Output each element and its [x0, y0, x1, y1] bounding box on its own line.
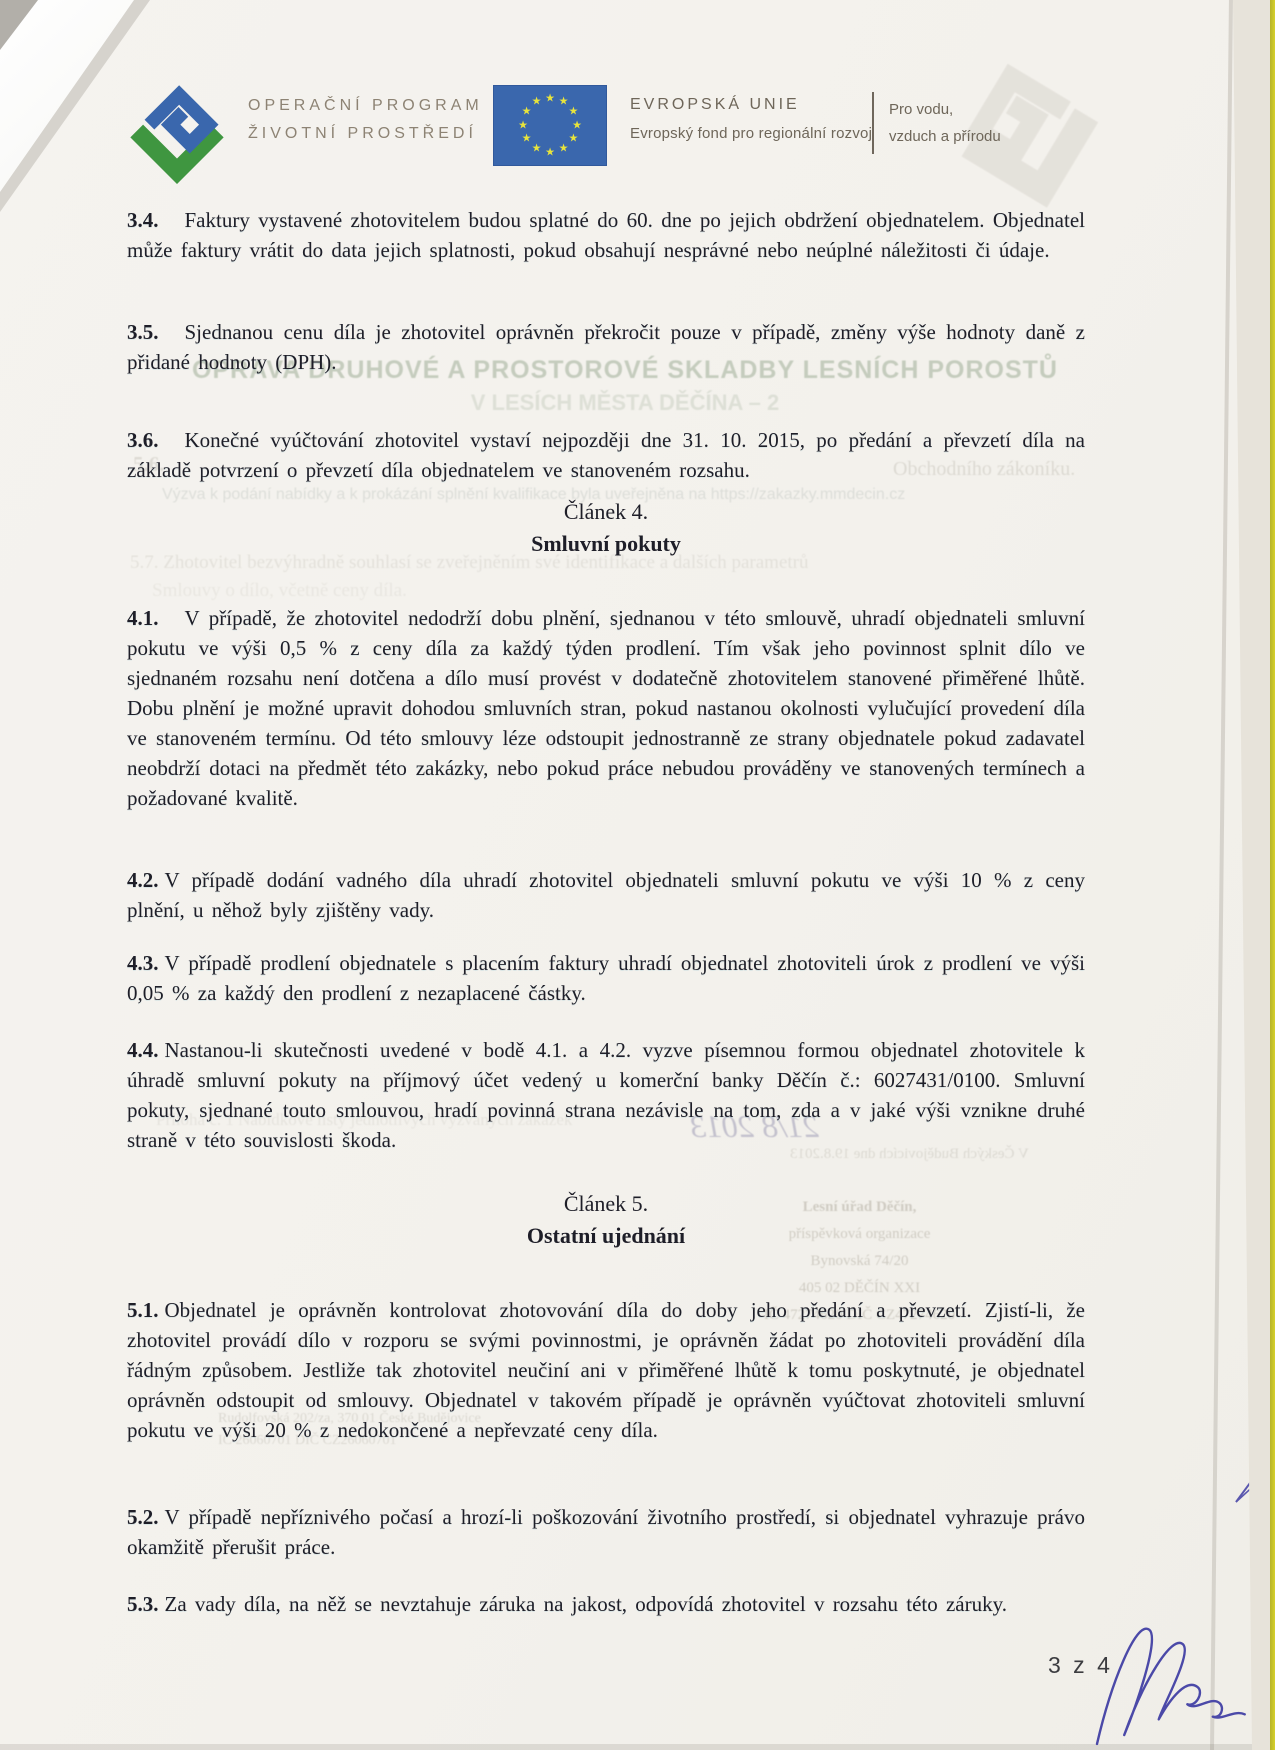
header-divider — [872, 92, 874, 154]
clause-number: 5.1. — [127, 1298, 159, 1322]
clause-text: Nastanou-li skutečnosti uvedené v bodě 4… — [127, 1038, 1085, 1152]
article-4-heading: Článek 4. Smluvní pokuty — [127, 496, 1085, 560]
clause-text: Faktury vystavené zhotovitelem budou spl… — [127, 208, 1085, 262]
eu-star-icon: ★ — [532, 97, 542, 108]
paragraph-4-4: 4.4.Nastanou-li skutečnosti uvedené v bo… — [127, 1035, 1085, 1155]
article-5-subtitle: Ostatní ujednání — [127, 1220, 1085, 1252]
program-tagline-line1: Pro vodu, — [889, 96, 1001, 123]
clause-text: Objednatel je oprávněn kontrolovat zhoto… — [127, 1298, 1085, 1442]
clause-text: V případě, že zhotovitel nedodrží dobu p… — [127, 606, 1085, 810]
article-5-heading: Článek 5. Ostatní ujednání — [127, 1188, 1085, 1252]
paragraph-3-6: 3.6.Konečné vyúčtování zhotovitel vystav… — [127, 425, 1085, 485]
eu-star-icon: ★ — [568, 134, 578, 145]
eu-star-icon: ★ — [568, 107, 578, 118]
paragraph-4-3: 4.3.V případě prodlení objednatele s pla… — [127, 948, 1085, 1008]
clause-number: 4.4. — [127, 1038, 159, 1062]
paragraph-5-2: 5.2.V případě nepříznivého počasí a hroz… — [127, 1502, 1085, 1562]
article-4-title: Článek 4. — [127, 496, 1085, 528]
paragraph-3-5: 3.5.Sjednanou cenu díla je zhotovitel op… — [127, 317, 1085, 377]
document-page: OPRAVA DRUHOVÉ A PROSTOROVÉ SKLADBY LESN… — [0, 0, 1275, 1750]
article-5-title: Článek 5. — [127, 1188, 1085, 1220]
paragraph-5-3: 5.3.Za vady díla, na něž se nevztahuje z… — [127, 1589, 1085, 1619]
clause-text: V případě prodlení objednatele s placení… — [127, 951, 1085, 1005]
eu-caption: EVROPSKÁ UNIE Evropský fond pro regionál… — [630, 96, 872, 142]
program-tagline: Pro vodu, vzduch a přírodu — [889, 96, 1001, 150]
clause-text: Za vady díla, na něž se nevztahuje záruk… — [165, 1592, 1008, 1616]
eu-star-icon: ★ — [522, 107, 532, 118]
clause-number: 4.2. — [127, 868, 159, 892]
eu-star-icon: ★ — [545, 93, 555, 104]
eu-caption-line1: EVROPSKÁ UNIE — [630, 96, 872, 114]
paragraph-4-1: 4.1.V případě, že zhotovitel nedodrží do… — [127, 603, 1085, 813]
eu-star-icon: ★ — [572, 120, 582, 131]
clause-number: 3.6. — [127, 428, 159, 452]
article-4-subtitle: Smluvní pokuty — [127, 528, 1085, 560]
eu-star-icon: ★ — [545, 147, 555, 158]
clause-number: 3.5. — [127, 320, 159, 344]
contract-body: 3.4.Faktury vystavené zhotovitelem budou… — [0, 0, 1275, 1750]
eu-star-icon: ★ — [559, 143, 569, 154]
eu-star-icon: ★ — [532, 143, 542, 154]
paragraph-3-4: 3.4.Faktury vystavené zhotovitelem budou… — [127, 205, 1085, 265]
eu-caption-line2: Evropský fond pro regionální rozvoj — [630, 125, 872, 142]
eu-flag-icon: ★★★★★★★★★★★★ — [494, 86, 606, 165]
clause-text: V případě dodání vadného díla uhradí zho… — [127, 868, 1085, 922]
header: OPERAČNÍ PROGRAM ŽIVOTNÍ PROSTŘEDÍ ★★★★★… — [0, 0, 1275, 185]
eu-star-icon: ★ — [518, 120, 528, 131]
clause-number: 3.4. — [127, 208, 159, 232]
clause-number: 5.3. — [127, 1592, 159, 1616]
program-title-line1: OPERAČNÍ PROGRAM — [248, 92, 483, 120]
clause-text: Sjednanou cenu díla je zhotovitel oprávn… — [127, 320, 1085, 374]
program-title-line2: ŽIVOTNÍ PROSTŘEDÍ — [248, 120, 483, 148]
clause-number: 4.3. — [127, 951, 159, 975]
clause-number: 4.1. — [127, 606, 159, 630]
paragraph-4-2: 4.2.V případě dodání vadného díla uhradí… — [127, 865, 1085, 925]
eu-star-icon: ★ — [559, 97, 569, 108]
scan-edge-strip — [1270, 0, 1275, 1750]
clause-text: Konečné vyúčtování zhotovitel vystaví ne… — [127, 428, 1085, 482]
program-title: OPERAČNÍ PROGRAM ŽIVOTNÍ PROSTŘEDÍ — [248, 92, 483, 148]
eu-star-icon: ★ — [522, 134, 532, 145]
opzp-logo-icon — [122, 78, 232, 184]
program-tagline-line2: vzduch a přírodu — [889, 123, 1001, 150]
clause-number: 5.2. — [127, 1505, 159, 1529]
clause-text: V případě nepříznivého počasí a hrozí-li… — [127, 1505, 1085, 1559]
paragraph-5-1: 5.1.Objednatel je oprávněn kontrolovat z… — [127, 1295, 1085, 1445]
scan-bottom-edge — [0, 1744, 1275, 1750]
handwritten-signature — [1075, 1599, 1264, 1750]
